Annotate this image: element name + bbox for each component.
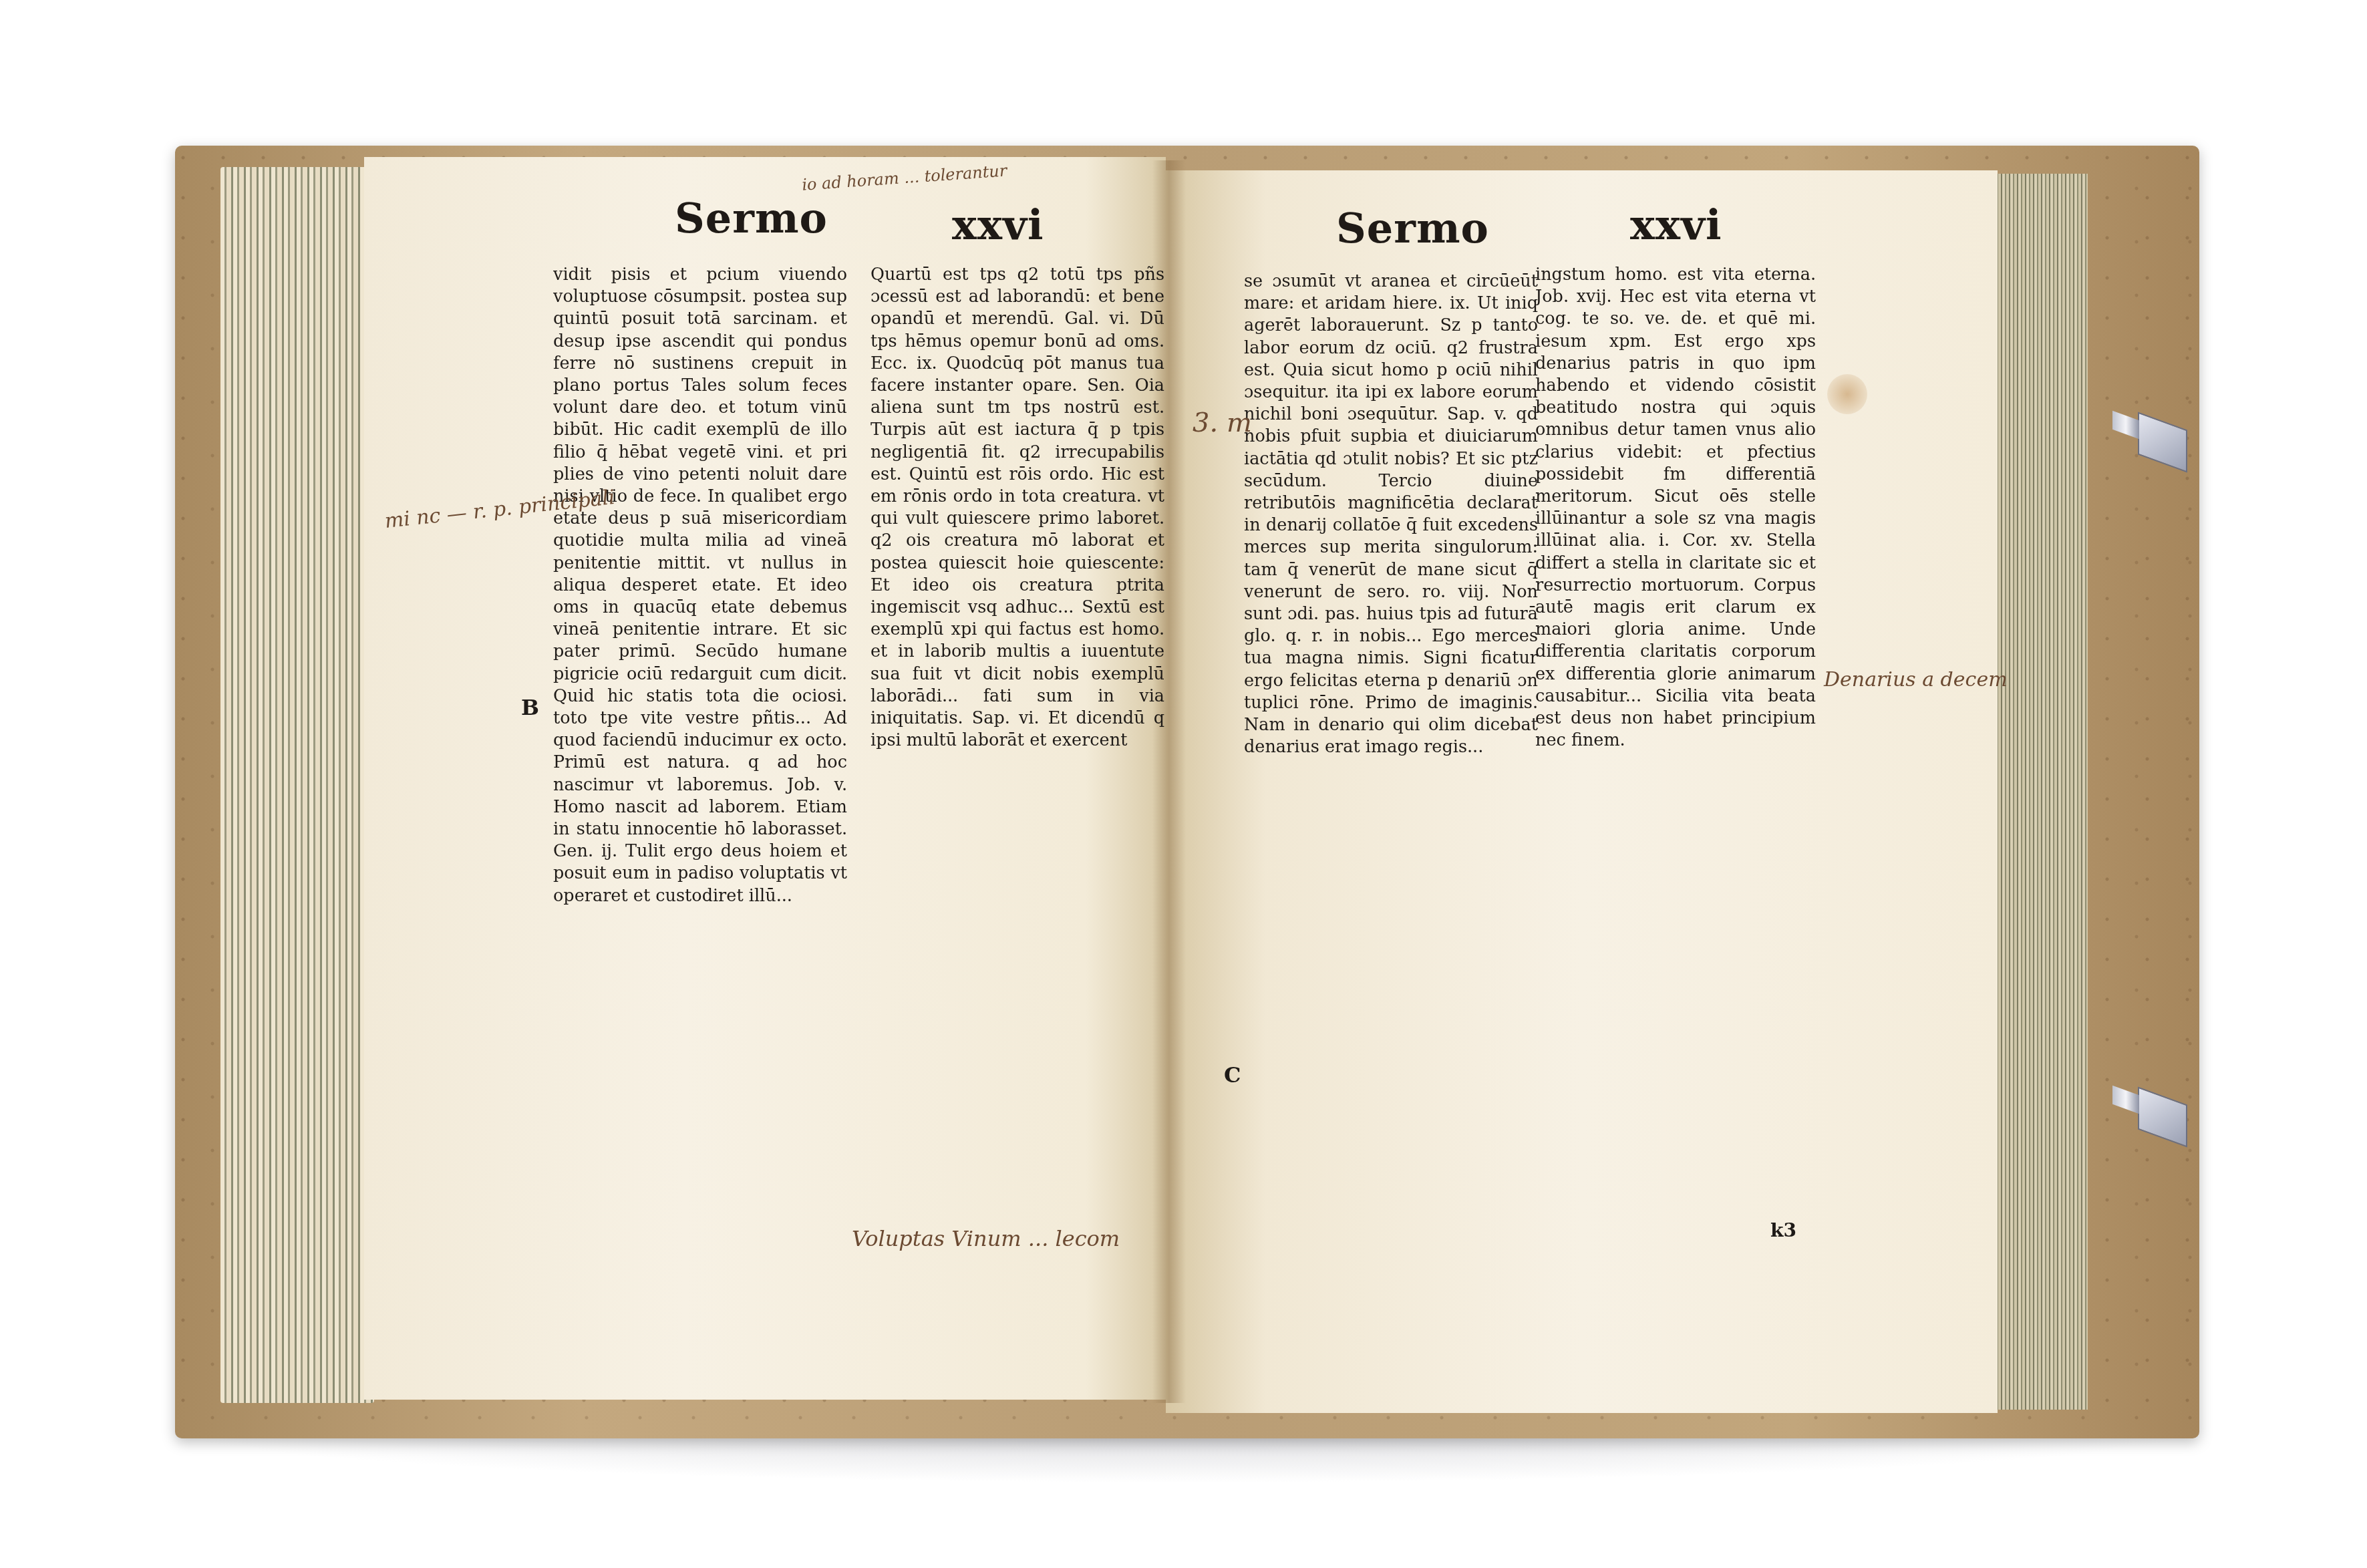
paper-stain [1827, 374, 1867, 414]
right-page-column-2: ingstum homo. est vita eterna. Job. xvij… [1535, 264, 1816, 1213]
right-running-head-number: xxvi [1630, 200, 1722, 249]
column-text: se ɔsumūt vt aranea et circūeūt mare: et… [1244, 271, 1538, 758]
section-marker-b: B [521, 695, 539, 720]
right-margin-annotation-3m: 3. m [1193, 408, 1252, 438]
right-running-head-sermo: Sermo [1336, 204, 1489, 253]
bottom-margin-annotation: Voluptas Vinum ... lecom [852, 1226, 1120, 1251]
signature-mark: k3 [1770, 1219, 1796, 1241]
right-margin-annotation-denarius: Denarius a decem [1824, 668, 2008, 691]
column-text: Quartū est tps q2 totū tps pñs ɔcessū es… [871, 264, 1164, 752]
right-page-edges [1994, 174, 2088, 1410]
left-page-edges [220, 167, 374, 1403]
section-marker-c: C [1224, 1062, 1241, 1088]
column-text: vidit pisis et pcium viuendo voluptuose … [553, 264, 847, 907]
left-running-head-sermo: Sermo [675, 194, 828, 243]
column-text: ingstum homo. est vita eterna. Job. xvij… [1535, 264, 1816, 752]
left-page-column-1: vidit pisis et pcium viuendo voluptuose … [553, 264, 847, 1193]
left-page-column-2: Quartū est tps q2 totū tps pñs ɔcessū es… [871, 264, 1164, 1193]
left-running-head-number: xxvi [952, 200, 1044, 249]
right-page-column-1: se ɔsumūt vt aranea et circūeūt mare: et… [1244, 271, 1538, 1219]
